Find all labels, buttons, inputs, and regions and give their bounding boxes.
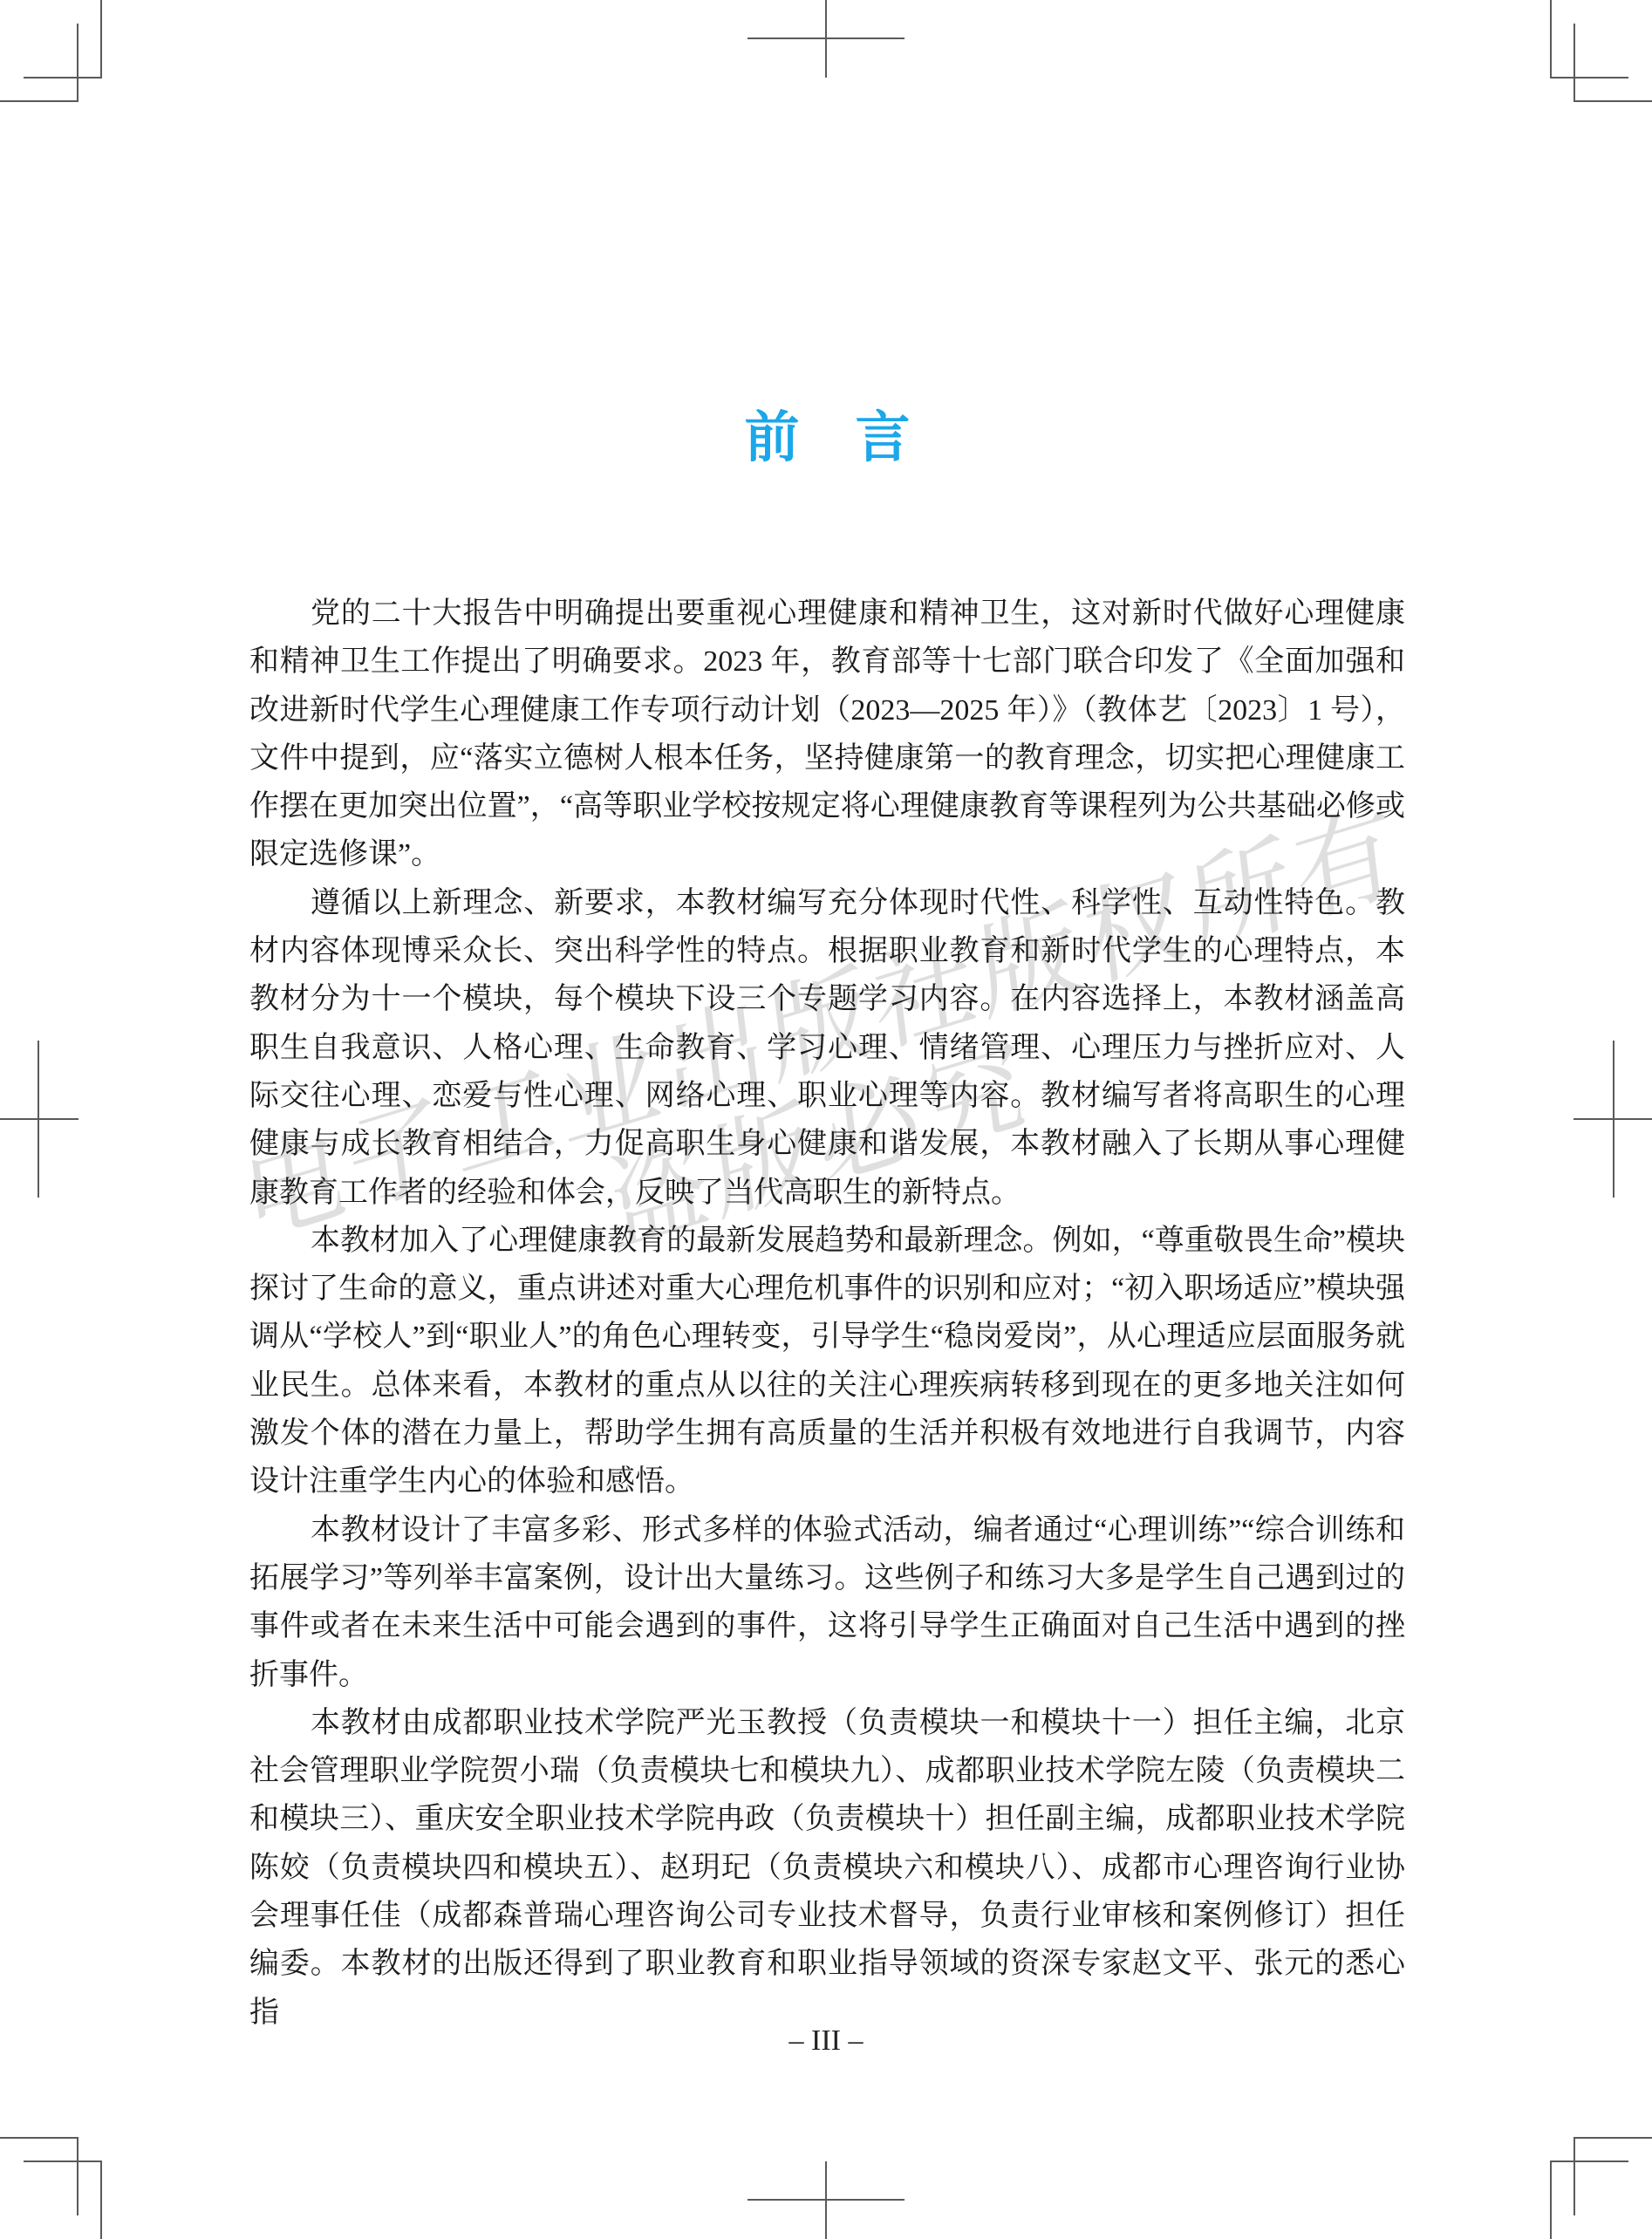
crop-line [0, 100, 79, 102]
page-number: – III – [0, 2024, 1652, 2058]
crop-line [1573, 2137, 1575, 2215]
paragraph: 本教材由成都职业技术学院严光玉教授（负责模块一和模块十一）担任主编，北京社会管理… [249, 1699, 1405, 2037]
crop-line [1573, 100, 1652, 102]
preface-body: 党的二十大报告中明确提出要重视心理健康和精神卫生，这对新时代做好心理健康和精神卫… [249, 590, 1405, 2037]
crop-line [100, 0, 102, 78]
document-page: 电子工业出版社版权所有 盗版必究 [0, 0, 1652, 2239]
crop-line [747, 38, 905, 39]
crop-line [1550, 2160, 1628, 2162]
paragraph: 党的二十大报告中明确提出要重视心理健康和精神卫生，这对新时代做好心理健康和精神卫… [249, 590, 1405, 879]
paragraph: 本教材设计了丰富多彩、形式多样的体验式活动，编者通过“心理训练”“综合训练和拓展… [249, 1506, 1405, 1699]
crop-line [24, 77, 102, 79]
crop-line [0, 2137, 79, 2139]
paragraph: 遵循以上新理念、新要求，本教材编写充分体现时代性、科学性、互动性特色。教材内容体… [249, 879, 1405, 1217]
title-char-1: 前 [745, 407, 800, 468]
crop-line [1550, 0, 1552, 78]
paragraph: 本教材加入了心理健康教育的最新发展趋势和最新理念。例如，“尊重敬畏生命”模块探讨… [249, 1217, 1405, 1506]
page-title: 前言 [249, 408, 1405, 468]
crop-line [1573, 24, 1575, 102]
crop-line [77, 2137, 79, 2215]
crop-line [100, 2161, 102, 2239]
crop-line [1573, 2137, 1652, 2139]
crop-line [1573, 1118, 1652, 1120]
crop-line [1550, 2161, 1552, 2239]
crop-line [747, 2199, 905, 2201]
crop-line [1550, 77, 1628, 79]
crop-line [0, 1118, 79, 1120]
crop-line [77, 24, 79, 102]
title-char-2: 言 [856, 407, 911, 468]
crop-line [24, 2160, 102, 2162]
